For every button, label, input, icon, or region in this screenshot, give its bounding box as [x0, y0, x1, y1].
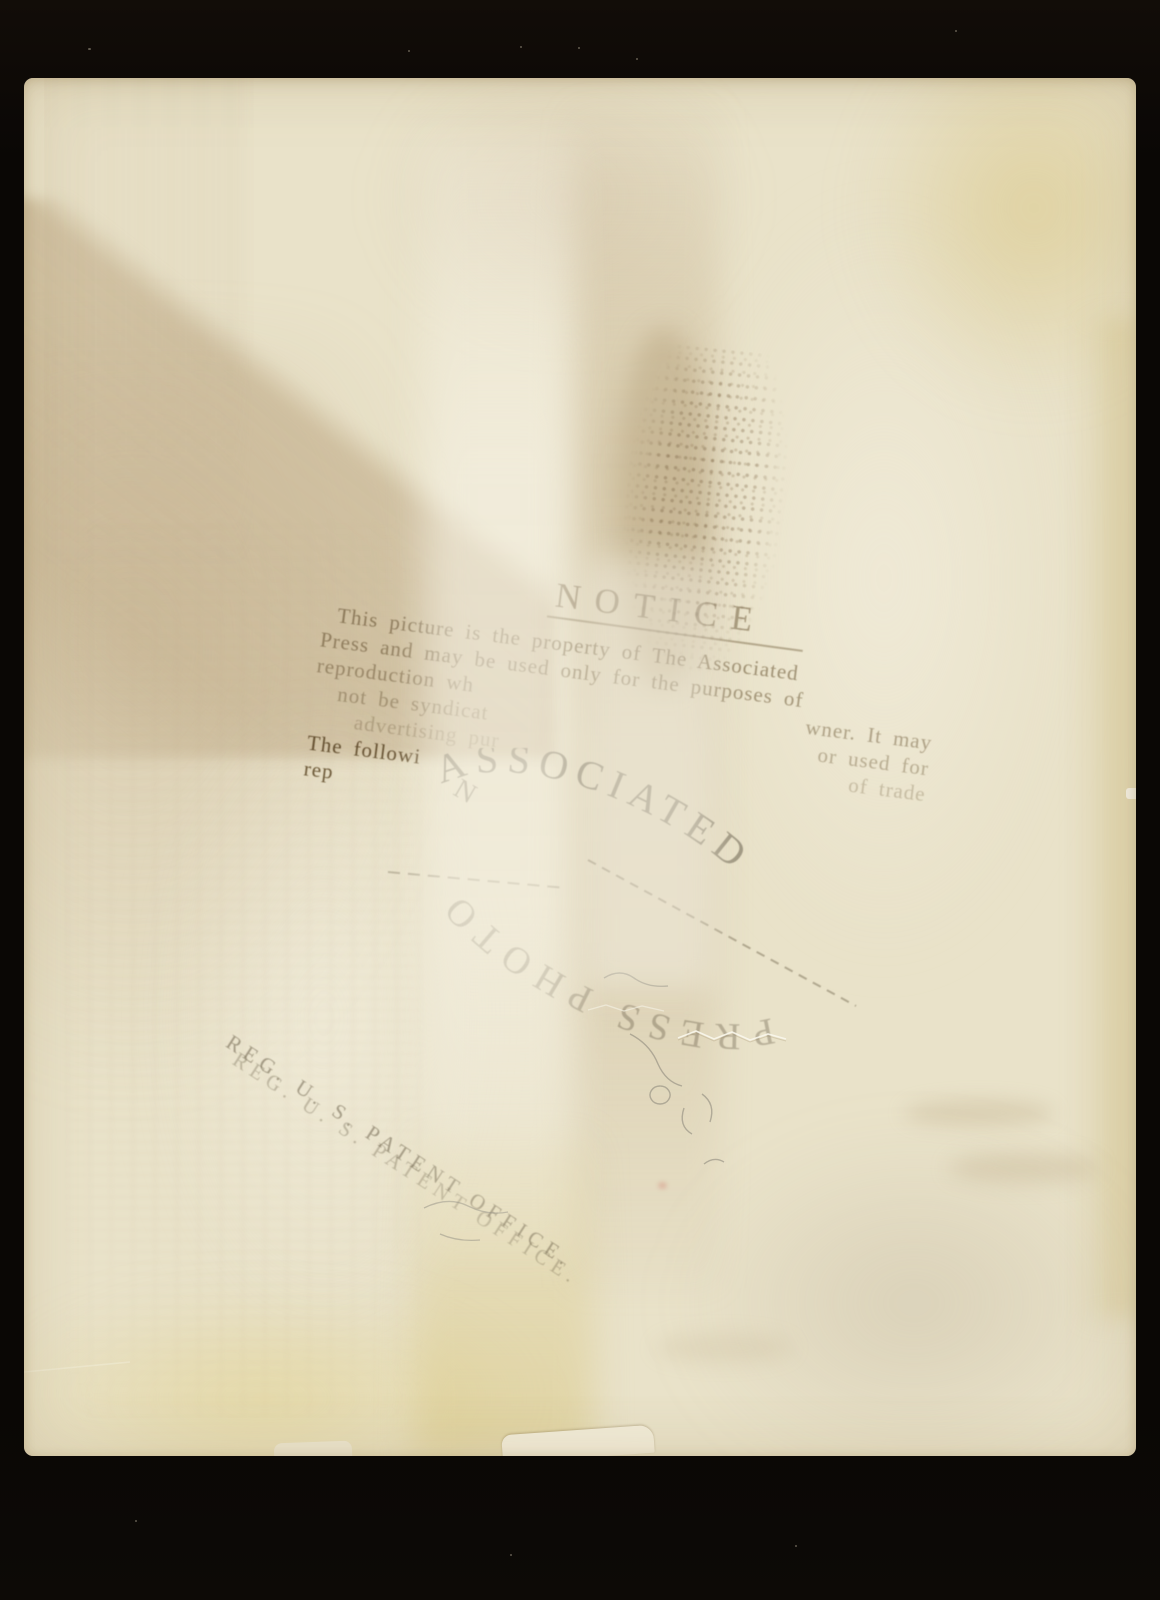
- dust-speck: [520, 46, 522, 48]
- dust-speck: [510, 1554, 512, 1556]
- torn-chip-bottom-small: [274, 1441, 353, 1456]
- dust-speck: [955, 30, 957, 32]
- dust-speck: [795, 1545, 797, 1547]
- crease-zigzag: [678, 1031, 786, 1040]
- dust-speck: [636, 58, 638, 60]
- dust-speck: [408, 50, 410, 52]
- crease-wavy: [588, 1005, 664, 1011]
- dust-speck: [578, 47, 580, 49]
- dust-speck: [88, 48, 91, 50]
- dust-speck: [135, 1520, 137, 1522]
- crease-bottom-left: [24, 1362, 130, 1372]
- photo-back-paper: NOTICE This picture is the property of T…: [24, 78, 1136, 1456]
- screenshot-root: { "scene": { "description": "Back of an …: [0, 0, 1160, 1600]
- crease-lines: [24, 78, 1136, 1456]
- edge-notch-right: [1126, 788, 1136, 799]
